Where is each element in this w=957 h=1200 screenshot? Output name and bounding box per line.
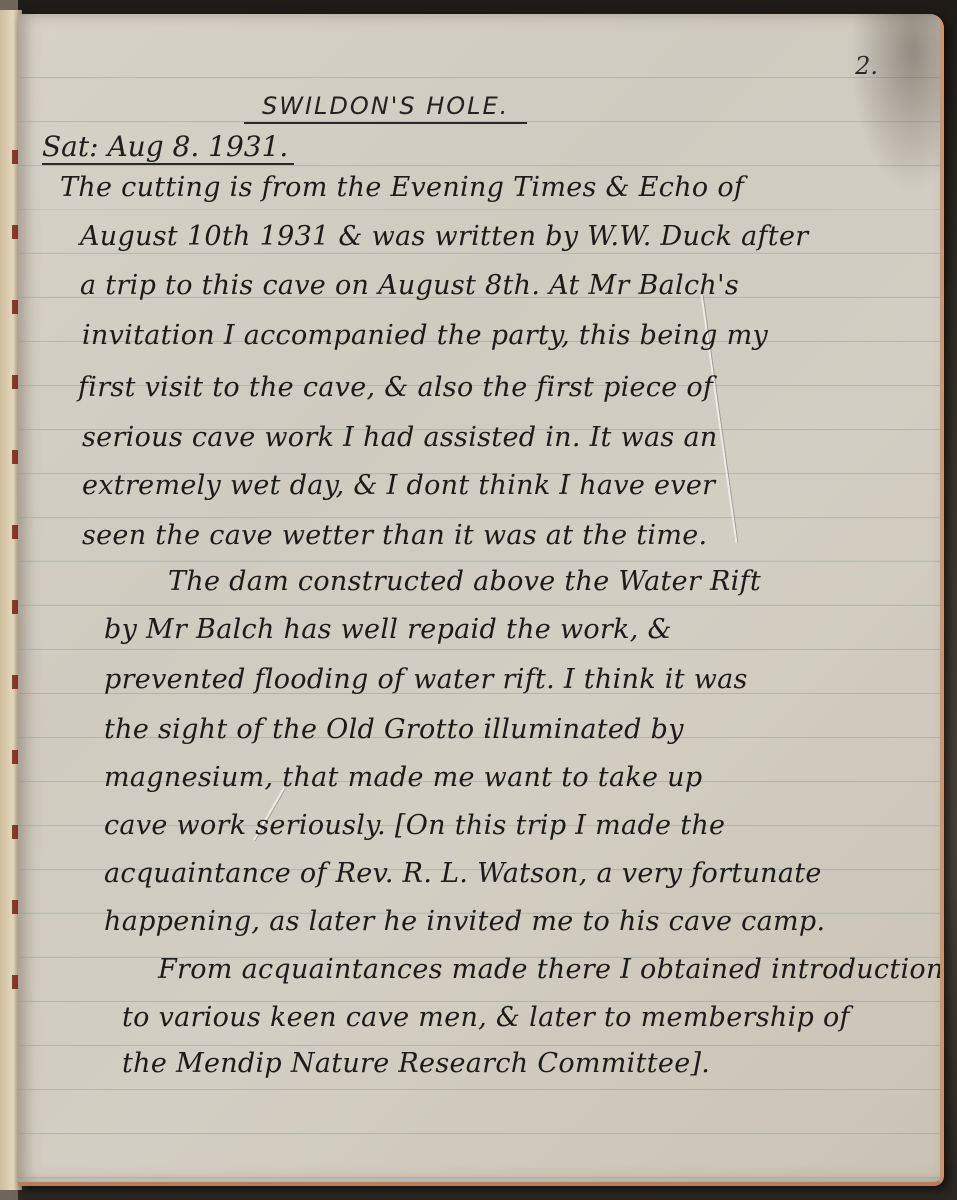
text-line: extremely wet day, & I dont think I have… (82, 470, 715, 501)
text-line: seen the cave wetter than it was at the … (82, 520, 707, 551)
handwritten-entry: The cutting is from the Evening Times & … (18, 14, 940, 1182)
text-line: invitation I accompanied the party, this… (82, 320, 768, 351)
text-line: by Mr Balch has well repaid the work, & (104, 614, 672, 645)
text-line: The dam constructed above the Water Rift (168, 566, 761, 597)
text-line: magnesium, that made me want to take up (104, 762, 702, 793)
text-line: to various keen cave men, & later to mem… (122, 1002, 850, 1033)
text-line: happening, as later he invited me to his… (104, 906, 825, 937)
text-line: From acquaintances made there I obtained… (158, 954, 944, 985)
text-line: August 10th 1931 & was written by W.W. D… (80, 221, 808, 252)
text-line: the Mendip Nature Research Committee]. (122, 1048, 710, 1079)
notebook-page: 2. SWILDON'S HOLE. Sat: Aug 8. 1931. The… (18, 14, 944, 1186)
text-line: serious cave work I had assisted in. It … (82, 422, 718, 453)
text-line: acquaintance of Rev. R. L. Watson, a ver… (104, 858, 822, 889)
text-line: the sight of the Old Grotto illuminated … (104, 714, 684, 745)
text-line: first visit to the cave, & also the firs… (78, 372, 713, 403)
text-line: The cutting is from the Evening Times & … (60, 172, 744, 203)
text-line: cave work seriously. [On this trip I mad… (104, 810, 725, 841)
text-line: a trip to this cave on August 8th. At Mr… (80, 270, 739, 301)
text-line: prevented flooding of water rift. I thin… (104, 664, 748, 695)
